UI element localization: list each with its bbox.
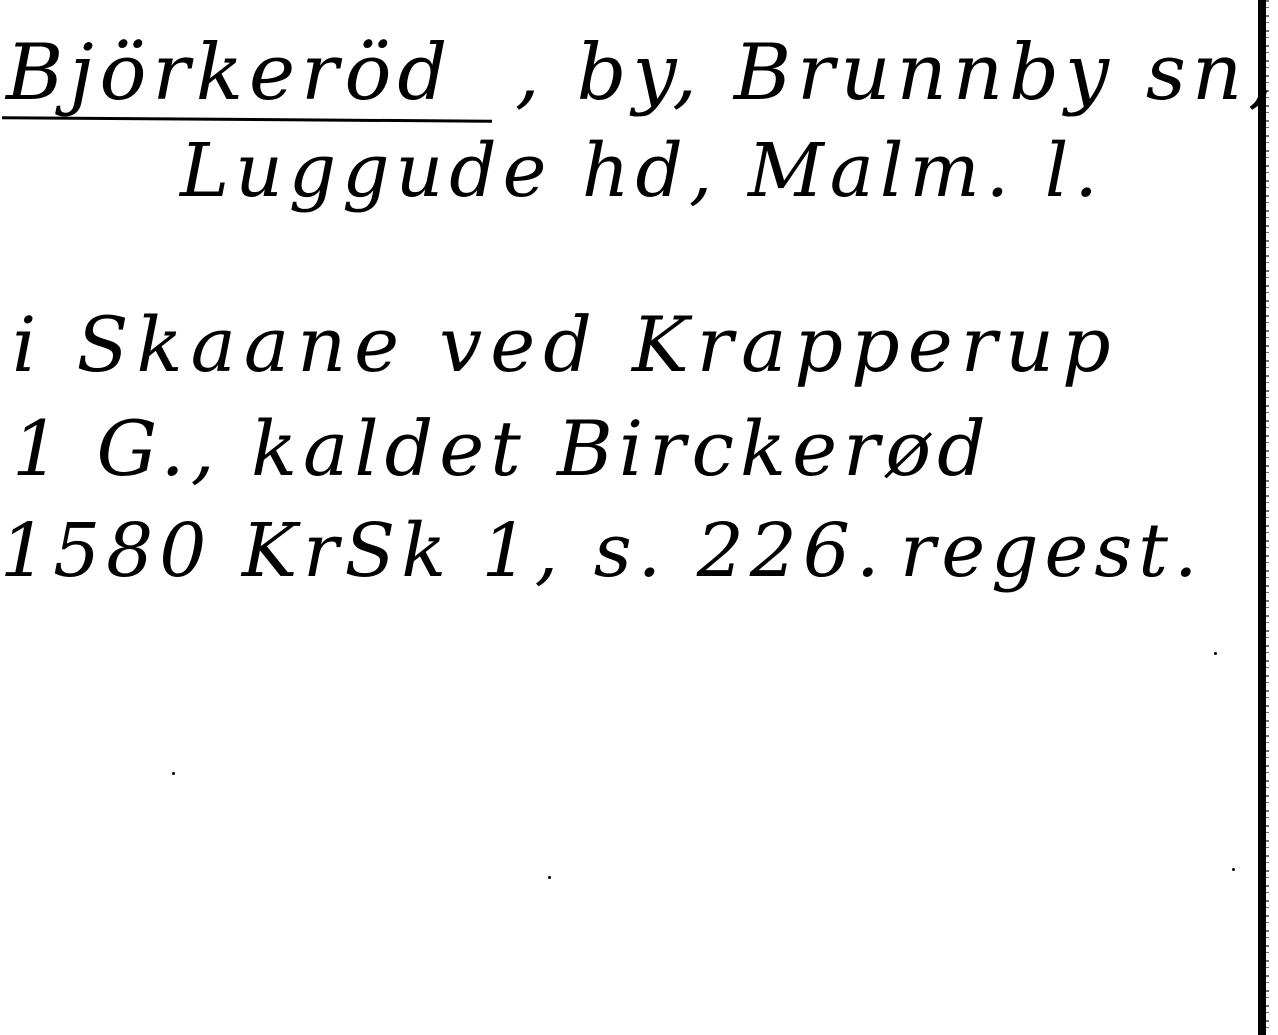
scan-speck (172, 772, 175, 775)
headword: Björkeröd (6, 28, 453, 118)
line-5-citation: 1580 KrSk 1, s. 226. (0, 508, 885, 594)
card-right-edge (1258, 0, 1266, 1035)
scan-speck (1232, 868, 1235, 871)
line-3-location: i Skaane ved Krapperup (12, 300, 1119, 389)
line-4-variant-name: 1 G., kaldet Birckerød (12, 404, 992, 493)
line-5-note: regest. (900, 508, 1204, 594)
scan-speck (1214, 652, 1217, 655)
line-1-rest: , by, Brunnby sn, (515, 28, 1278, 118)
index-card: Björkeröd , by, Brunnby sn, Luggude hd, … (0, 0, 1258, 1035)
line-2-district: Luggude hd, Malm. l. (180, 128, 1104, 214)
scan-speck (548, 876, 551, 879)
card-edge-noise (1266, 0, 1269, 1035)
